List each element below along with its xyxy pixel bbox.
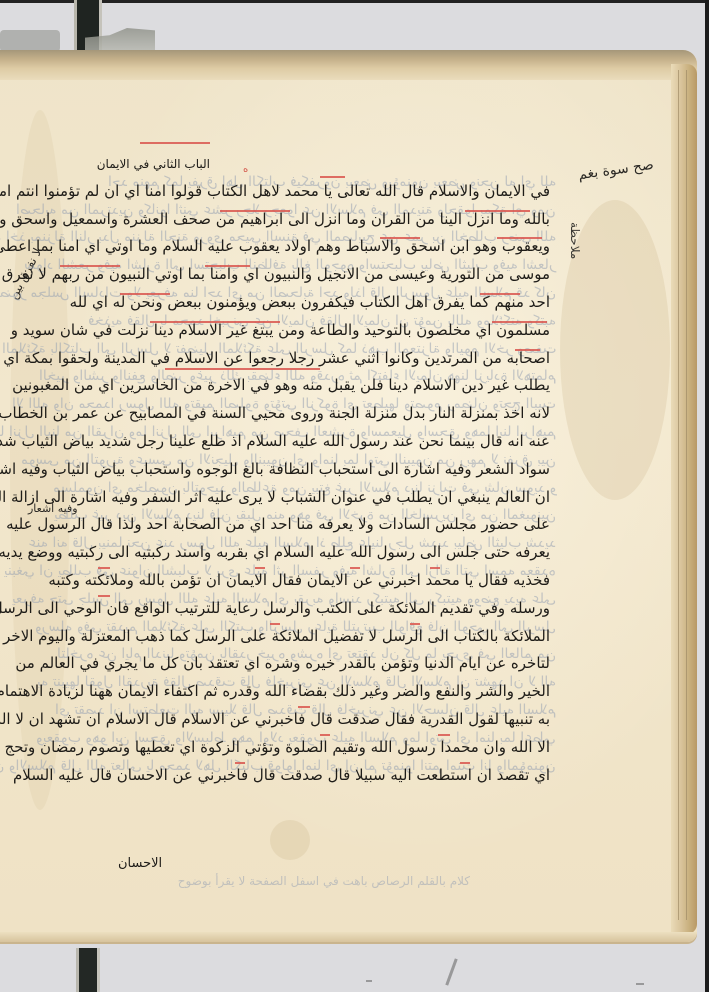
text-line: الباب الثاني في الايمان [30,150,210,178]
margin-note-top-right: صح سوة بغم [577,157,655,184]
line-text: احد منهم كما يفرق اهل الكتاب فيكفرون ببع… [70,293,550,311]
rubric-overline [150,321,280,323]
photo-right-border [705,0,709,992]
rubric-mark [438,734,450,736]
text-line: ويعقوب وهو ابن اسحق والاسباط وهم اولاد ي… [30,734,550,762]
text-line: الخير والشر والنفع والضر وغير ذلك بقضاء … [30,372,550,400]
rubric-overline [515,349,540,351]
page-edge-line [678,70,679,920]
line-text: عنه انه قال بينما نحن عند رسول الله عليه… [0,432,550,450]
rubric-mark [235,762,245,764]
rubric-overline [205,265,250,267]
text-line: عنه انه قال بينما نحن عند رسول الله عليه… [30,539,550,567]
line-text: ويعقوب وهو ابن اسحق والاسباط وهم اولاد ي… [0,237,550,255]
text-line: يطلب غير دين الاسلام دينا فلن يقبل منه و… [30,511,550,539]
line-text: الا الله وان محمدا رسول الله وتقيم الصلو… [0,738,550,756]
background-smudge [0,30,60,52]
rubric-mark [430,567,440,569]
rubric-mark [460,762,470,764]
text-line: على حضور مجلس السادات ولا يعرفه منا احد … [30,289,550,317]
binding-clip-bottom [76,948,100,992]
line-text: مسلمون اي مخلصون بالتوحيد والطاعة ومن يب… [11,321,550,339]
rubric-overline [465,210,530,212]
rubric-mark [98,567,110,569]
rubric-mark [270,623,280,625]
line-text: لتاخره عن ايام الدنيا وتؤمن بالقدر خيره … [15,654,550,672]
line-text: اصحابه من المرتدين وكانوا اثني عشر رجلا … [0,349,550,367]
page-top-edge [0,50,697,80]
text-line: مسلمون اي مخلصون بالتوحيد والطاعة ومن يب… [30,484,550,512]
page-right-edge [671,64,697,934]
rubric-mark [350,567,360,569]
text-line: فخذيه فقال يا محمد اخبرني عن الايمان فقا… [30,317,550,345]
manuscript-page: ه صح سوة بغم ملاحظة لا نفرق بين وفيه اشع… [0,50,697,942]
line-text: الملائكة بالكتاب الى الرسل لا تفضيل المل… [0,627,550,645]
line-text: ان العالم ينبغي ان يطلب في عنوان الشباب … [0,488,550,506]
rubric-overline [497,237,542,239]
text-line: بالله وما انزل الينا من القران وما انزل … [30,428,550,456]
text-line: سواد الشعر وفيه اشارة الى استحباب النظاف… [30,261,550,289]
line-text: لانه اخذ بمنزلة النار بدل منزلة الجنة ور… [0,404,550,422]
line-text: بالله وما انزل الينا من القران وما انزل … [0,210,550,228]
header-line: الباب الثاني في الايمان [97,157,210,171]
rubric-overline [60,265,120,267]
line-text: فخذيه فقال يا محمد اخبرني عن الايمان فقا… [48,571,550,589]
rubric-overline [220,210,290,212]
text-line: يعرفه حتى جلس الى رسول الله عليه السلام … [30,595,550,623]
line-text: ورسله وفي تقديم الملائكة على الكتب والرس… [0,599,550,617]
text-line: الا الله وان محمدا رسول الله وتقيم الصلو… [30,400,550,428]
line-text: يعرفه حتى جلس الى رسول الله عليه السلام … [0,543,550,561]
rubric-overline [120,293,170,295]
text-line: موسى من التورية وعيسى من الانجيل والنبيو… [30,456,550,484]
text-line: اي تقصد ان استطعت اليه سبيلا قال صدقت قا… [30,706,550,734]
rubric-overline [165,368,320,370]
rubric-overline [140,142,210,144]
rubric-mark [98,595,110,597]
text-line: لانه اخذ بمنزلة النار بدل منزلة الجنة ور… [30,233,550,261]
paper-stain [270,820,310,860]
text-line: به تنبيها لقول القدرية فقال صدقت قال فاخ… [30,678,550,706]
rubric-overline [492,321,547,323]
faded-pencil-note: كلام بالقلم الرصاص باهت في اسفل الصفحة ل… [140,872,470,890]
background-speck [636,983,644,985]
line-text: به تنبيها لقول القدرية فقال صدقت قال فاخ… [0,710,550,728]
line-text: في الايمان والاسلام قال الله تعالى يا مح… [0,182,550,200]
text-line: اصحابه من المرتدين وكانوا اثني عشر رجلا … [30,206,550,234]
rubric-mark [255,567,265,569]
line-text: على حضور مجلس السادات ولا يعرفه منا احد … [0,515,550,533]
page-bottom-edge [0,932,697,942]
rubric-overline [320,176,345,178]
line-text: موسى من التورية وعيسى من الانجيل والنبيو… [0,265,550,283]
line-text: الخير والشر والنفع والضر وغير ذلك بقضاء … [0,682,550,700]
text-line: ورسله وفي تقديم الملائكة على الكتب والرس… [30,623,550,651]
catchword: الاحسان [118,856,162,871]
text-line: في الايمان والاسلام قال الله تعالى يا مح… [30,762,550,790]
photo-top-border [0,0,709,3]
rubric-overline [380,237,420,239]
background-scratch [445,958,457,985]
page-edge-line [686,70,687,920]
rubric-overline [480,293,520,295]
line-text: اي تقصد ان استطعت اليه سبيلا قال صدقت قا… [13,766,550,784]
background-speck [366,980,372,982]
line-text: يطلب غير دين الاسلام دينا فلن يقبل منه و… [12,376,550,394]
margin-note-right-vertical: ملاحظة [568,222,582,259]
text-line: ان العالم ينبغي ان يطلب في عنوان الشباب … [30,567,550,595]
line-text: سواد الشعر وفيه اشارة الى استحباب النظاف… [0,460,550,478]
text-line: احد منهم كما يفرق اهل الكتاب فيكفرون ببع… [30,178,550,206]
text-line: لتاخره عن ايام الدنيا وتؤمن بالقدر خيره … [30,650,550,678]
main-text-block: الباب الثاني في الايمان احد منهم كما يفر… [30,150,550,789]
rubric-mark [320,734,330,736]
rubric-mark [298,706,310,708]
rubric-mark [410,623,420,625]
